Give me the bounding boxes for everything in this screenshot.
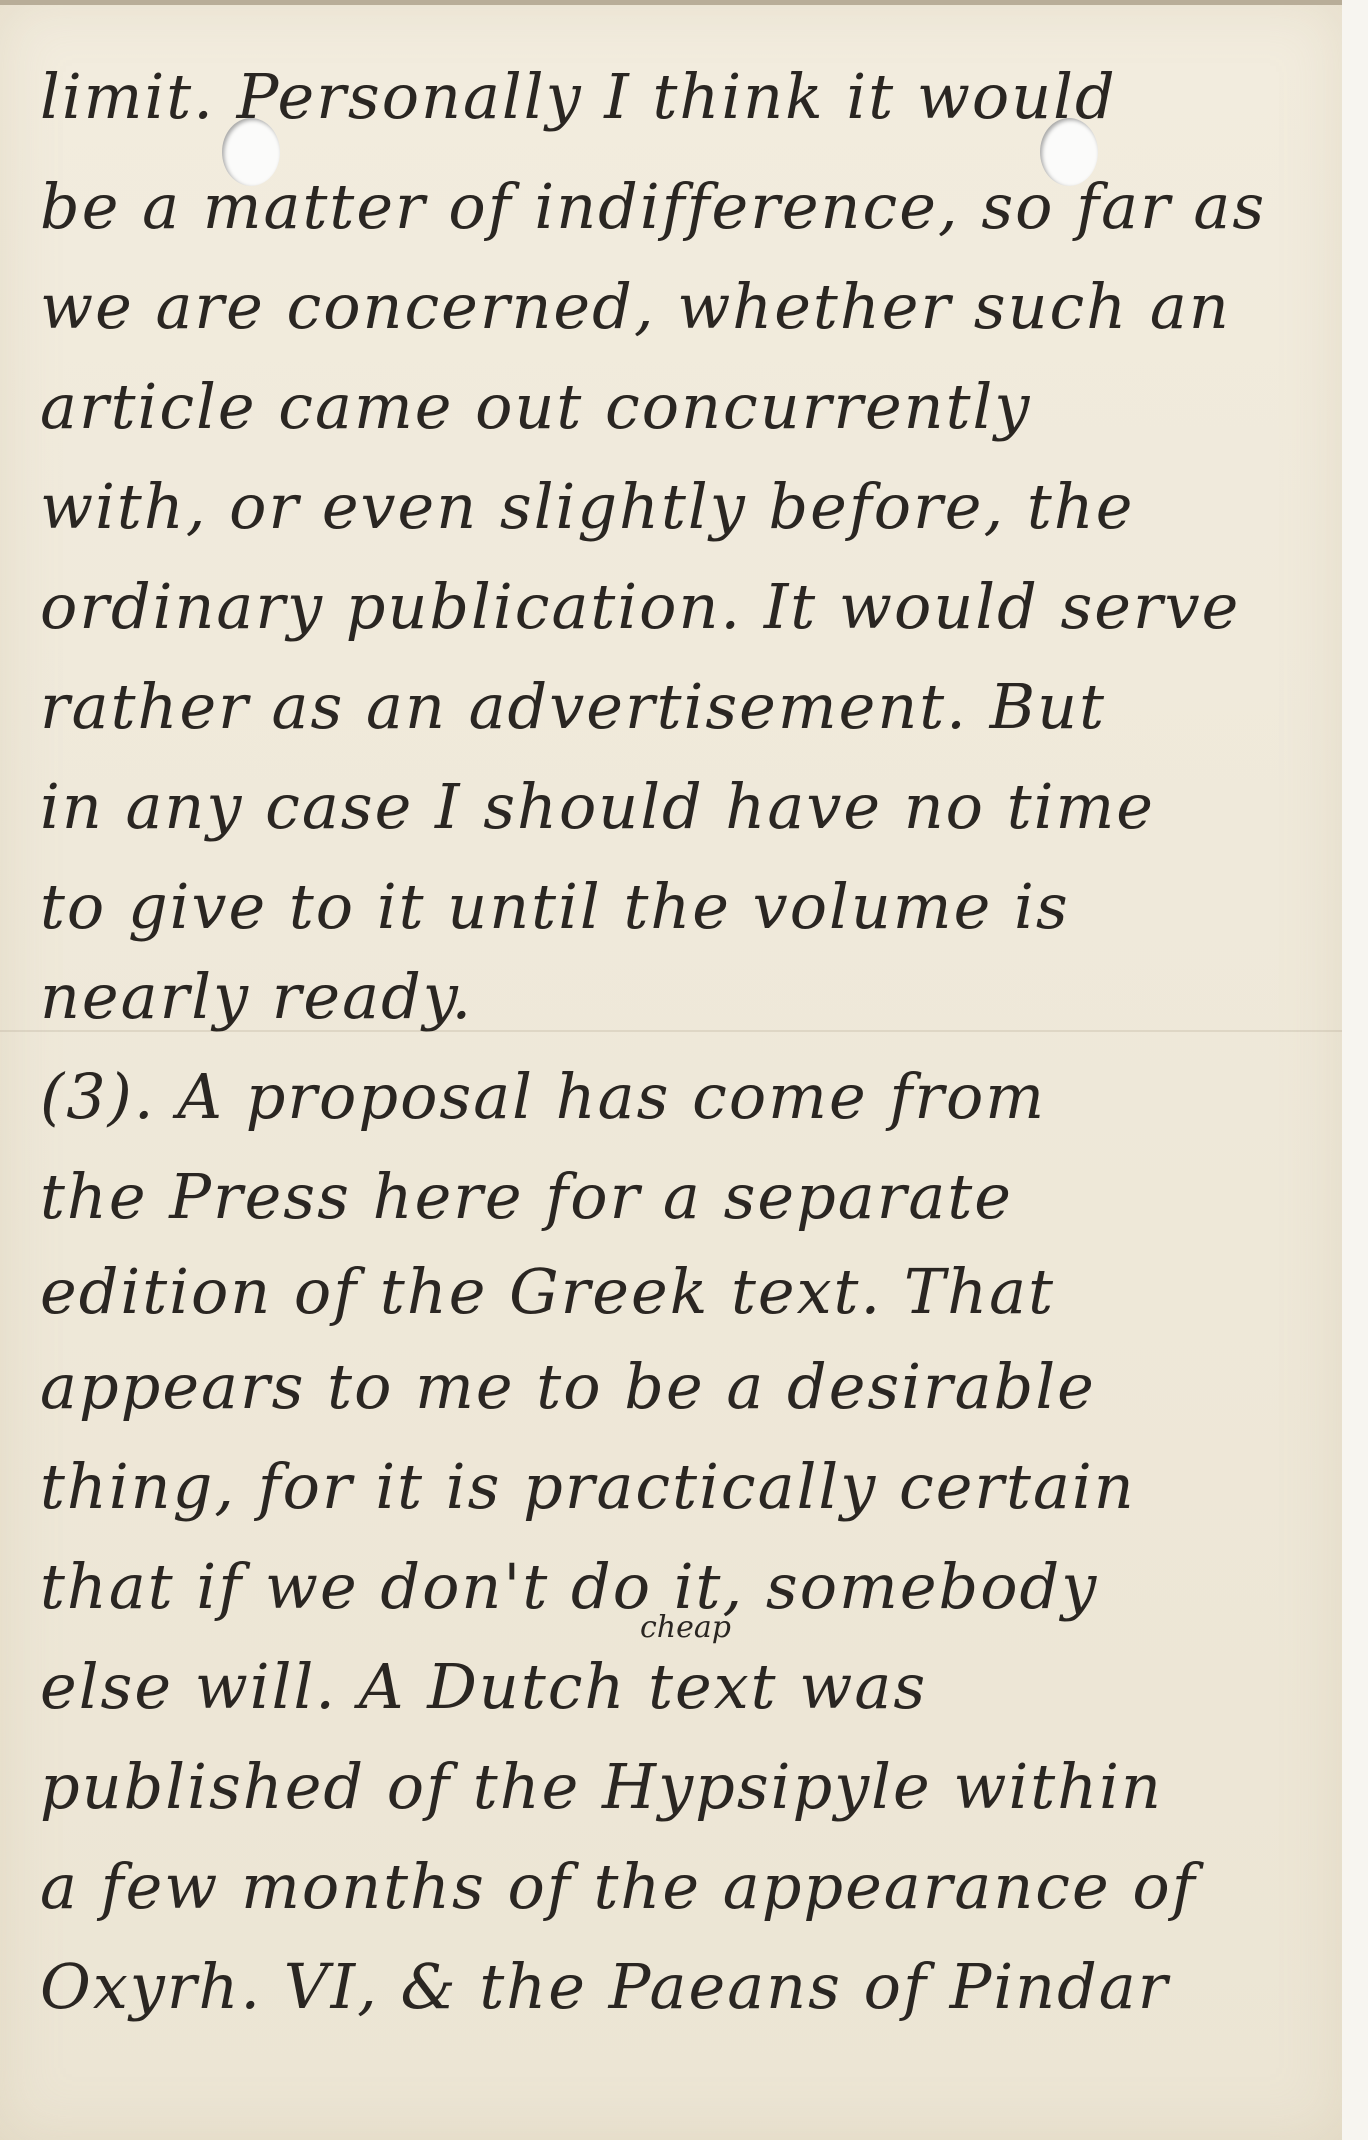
text-line: the Press here for a separate — [40, 1160, 1013, 1233]
text-line: be a matter of indifference, so far as — [40, 170, 1266, 243]
text-line: edition of the Greek text. That — [40, 1255, 1055, 1328]
text-line: rather as an advertisement. But — [40, 670, 1106, 743]
text-line: limit. Personally I think it would — [40, 60, 1117, 133]
page-top-edge — [0, 0, 1342, 5]
text-line: else will. A Dutch text was — [40, 1650, 927, 1723]
text-line: we are concerned, whether such an — [40, 270, 1231, 343]
text-line: (3). A proposal has come from — [40, 1060, 1046, 1133]
text-line: appears to me to be a desirable — [40, 1350, 1096, 1423]
text-line: published of the Hypsipyle within — [40, 1750, 1163, 1823]
letter-page: limit. Personally I think it would be a … — [0, 0, 1346, 2140]
text-line: thing, for it is practically certain — [40, 1450, 1136, 1523]
text-line: a few months of the appearance of — [40, 1850, 1197, 1923]
text-line: article came out concurrently — [40, 370, 1031, 443]
text-line: nearly ready. — [40, 960, 473, 1033]
text-line: ordinary publication. It would serve — [40, 570, 1240, 643]
text-line: Oxyrh. VI, & the Paeans of Pindar — [40, 1950, 1169, 2023]
text-line: with, or even slightly before, the — [40, 470, 1134, 543]
background-strip — [1342, 0, 1368, 2140]
text-insertion: cheap — [640, 1610, 731, 1645]
text-line: in any case I should have no time — [40, 770, 1155, 843]
text-line: that if we don't do it, somebody — [40, 1550, 1098, 1623]
text-line: to give to it until the volume is — [40, 870, 1070, 943]
